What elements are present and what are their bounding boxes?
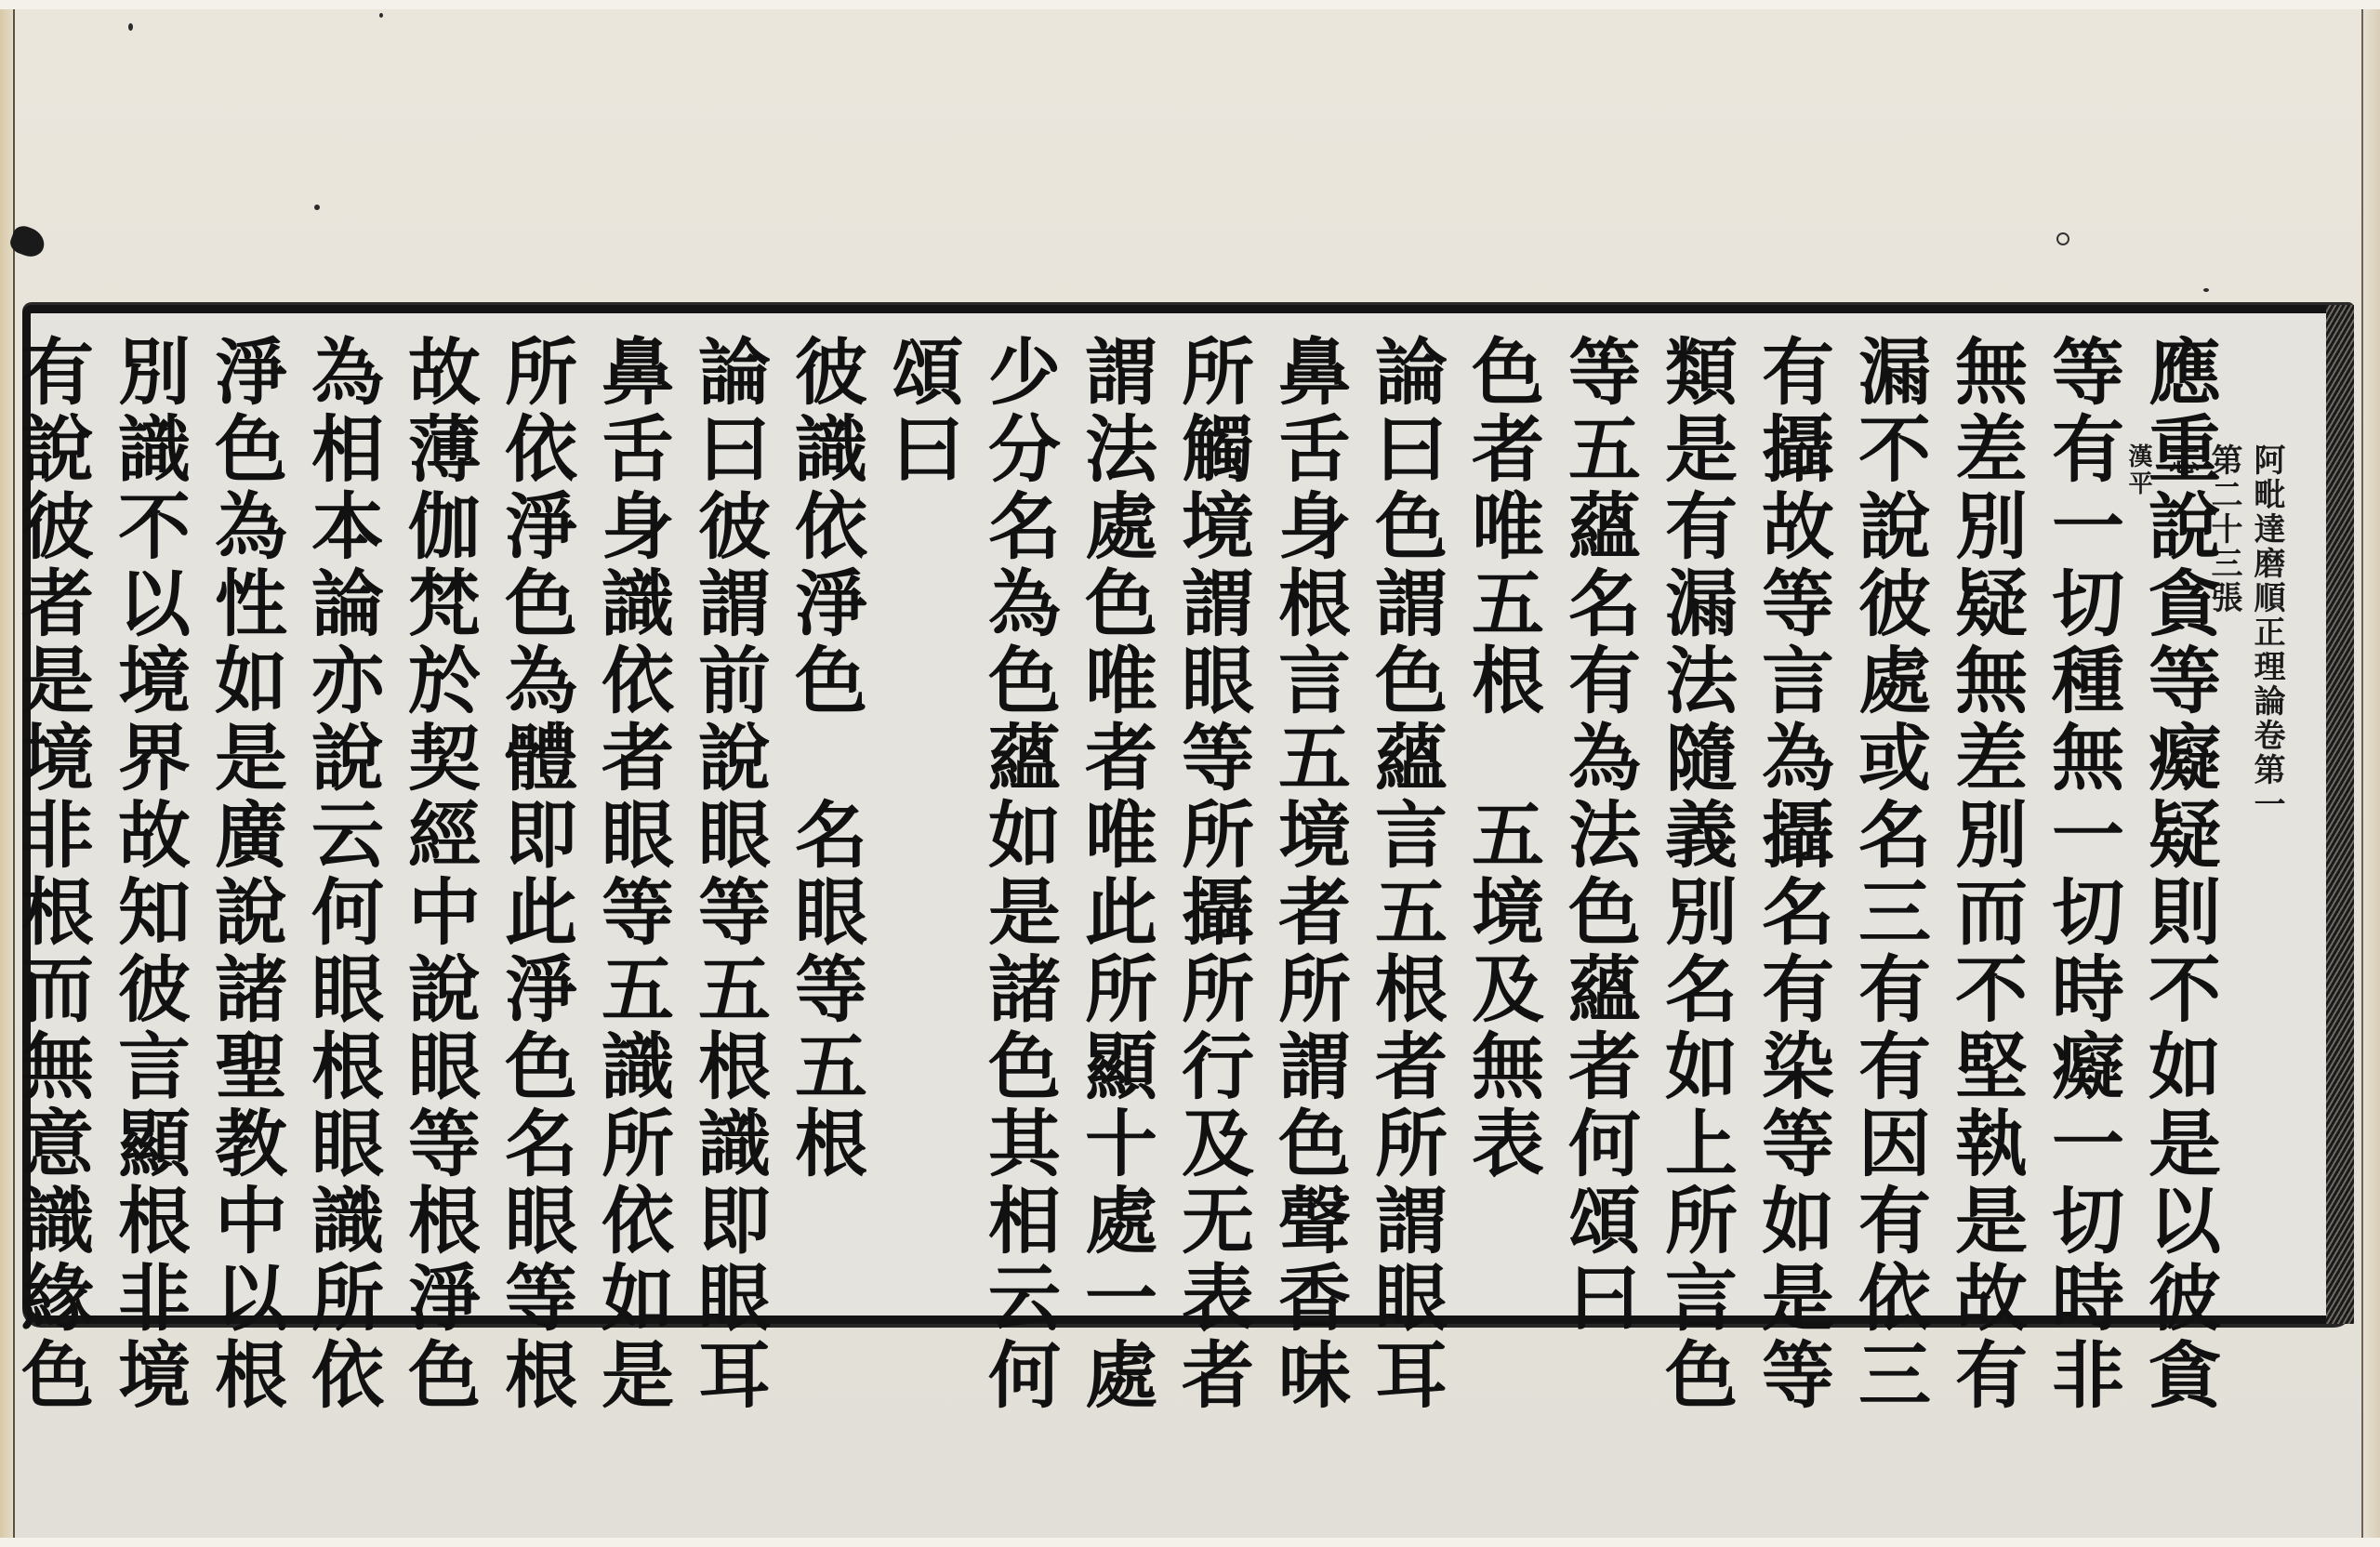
printed-text-frame: 阿毗達磨順正理論卷第一 第二十三張 志 漢平 應重說貪等癡疑則不如是以彼貪 等有… xyxy=(22,305,2354,1324)
text-column: 淨色為性如是廣說諸聖教中以根 xyxy=(196,334,293,1301)
text-column: 少分名為色蘊如是諸色其相云何 xyxy=(970,334,1066,1301)
verse-heading-column: 頌曰 xyxy=(873,334,970,1301)
text-column: 等五蘊名有為法色蘊者何頌曰 xyxy=(1550,334,1646,1301)
text-column: 有攝故等言為攝名有染等如是等 xyxy=(1743,334,1840,1301)
text-column: 漏不說彼處或名三有有因有依三 xyxy=(1840,334,1937,1301)
paper-speck xyxy=(379,13,383,18)
text-column: 謂法處色唯者唯此所顯十處一處 xyxy=(1066,334,1163,1301)
paper-speck xyxy=(128,23,133,31)
text-column: 應重說貪等癡疑則不如是以彼貪 xyxy=(2130,334,2227,1301)
text-columns: 應重說貪等癡疑則不如是以彼貪 等有一切種無一切時癡一切時非 無差別疑無差別而不堅… xyxy=(3,334,2227,1301)
text-column: 等有一切種無一切時癡一切時非 xyxy=(2033,334,2130,1301)
text-column: 所依淨色為體即此淨色名眼等根 xyxy=(486,334,583,1301)
text-column: 鼻舌身根言五境者所謂色聲香味 xyxy=(1260,334,1356,1301)
paper-speck xyxy=(2203,288,2209,292)
text-column: 論曰彼謂前說眼等五根識即眼耳 xyxy=(680,334,776,1301)
text-column: 故薄伽梵於契經中說眼等根淨色 xyxy=(390,334,486,1301)
text-column: 類是有漏法隨義別名如上所言色 xyxy=(1646,334,1743,1301)
text-column: 別識不以境界故知彼言顯根非境 xyxy=(99,334,196,1301)
text-column: 為相本論亦說云何眼根眼識所依 xyxy=(293,334,390,1301)
paper-speck xyxy=(2056,232,2069,245)
frame-hatched-border xyxy=(2326,305,2354,1324)
text-column: 有說彼者是境非根而無意識緣色 xyxy=(3,334,99,1301)
text-column: 論曰色謂色蘊言五根者所謂眼耳 xyxy=(1356,334,1453,1301)
verse-column: 彼識依淨色 名眼等五根 xyxy=(776,334,873,1301)
text-column: 鼻舌身識依者眼等五識所依如是 xyxy=(583,334,680,1301)
text-column: 無差別疑無差別而不堅執是故有 xyxy=(1937,334,2033,1301)
paper-speck xyxy=(314,205,320,210)
book-title: 阿毗達磨順正理論卷第一 xyxy=(2245,443,2288,1280)
verse-column: 色者唯五根 五境及無表 xyxy=(1453,334,1550,1301)
right-binding-edge xyxy=(2361,9,2380,1538)
text-column: 所觸境謂眼等所攝所行及无表者 xyxy=(1163,334,1260,1301)
